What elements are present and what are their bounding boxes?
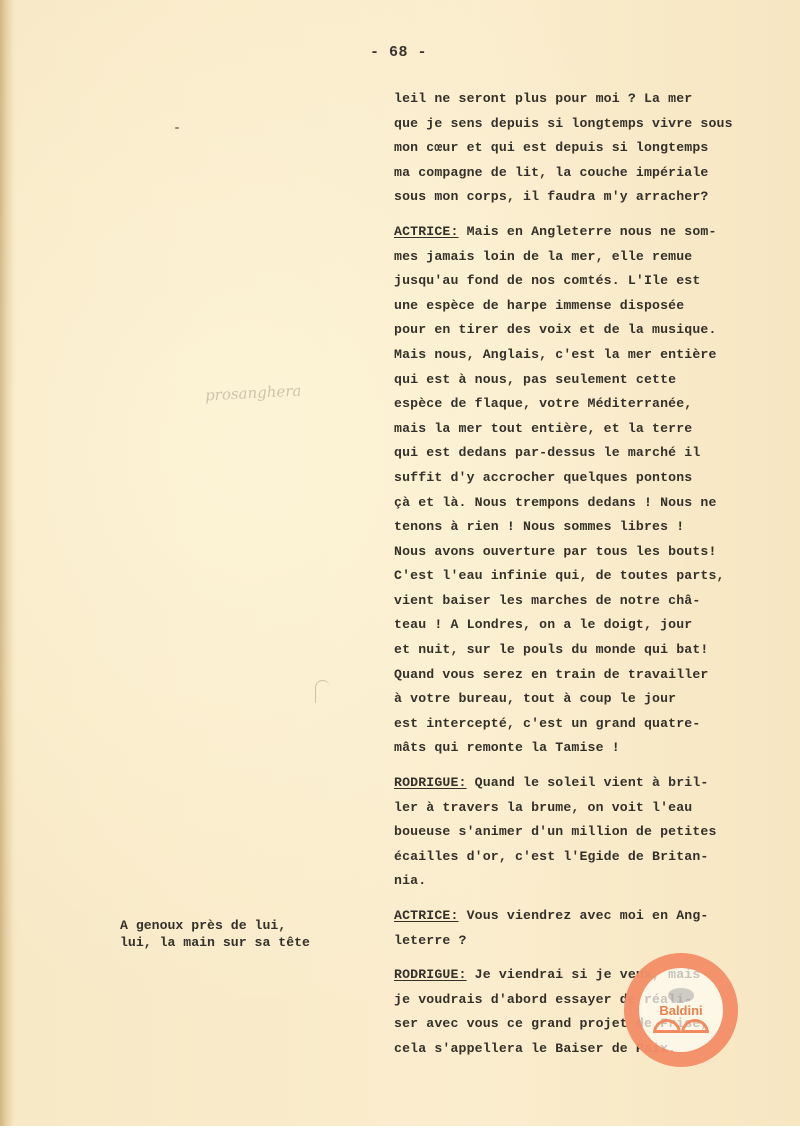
speaker-name: RODRIGUE:	[394, 967, 467, 982]
text-line: qui est à nous, pas seulement cette	[394, 368, 774, 393]
text-line: leterre ?	[394, 929, 774, 954]
text-line: Nous avons ouverture par tous les bouts!	[394, 540, 774, 565]
text-line: et nuit, sur le pouls du monde qui bat!	[394, 638, 774, 663]
line-text: Mais en Angleterre nous ne som-	[459, 224, 717, 239]
library-stamp: Baldini	[624, 953, 738, 1067]
line-text: Quand le soleil vient à bril-	[467, 775, 709, 790]
stage-direction: A genoux près de lui, lui, la main sur s…	[120, 917, 310, 951]
text-line: leil ne seront plus pour moi ? La mer	[394, 87, 774, 112]
text-line: ma compagne de lit, la couche impériale	[394, 161, 774, 186]
document-page: - 68 - prosanghera leil ne seront plus p…	[0, 0, 800, 1126]
speaker-name: RODRIGUE:	[394, 775, 467, 790]
text-line: mâts qui remonte la Tamise !	[394, 736, 774, 761]
text-line: Quand vous serez en train de travailler	[394, 663, 774, 688]
pencil-annotation: prosanghera	[205, 381, 302, 404]
stage-direction-line: A genoux près de lui,	[120, 917, 310, 934]
text-line: tenons à rien ! Nous sommes libres !	[394, 515, 774, 540]
text-line: suffit d'y accrocher quelques pontons	[394, 466, 774, 491]
stamp-text: Baldini	[659, 1004, 702, 1018]
bird-icon	[668, 988, 694, 1002]
line-text: Vous viendrez avec moi en Ang-	[459, 908, 709, 923]
text-line: çà et là. Nous trempons dedans ! Nous ne	[394, 491, 774, 516]
text-line: teau ! A Londres, on a le doigt, jour	[394, 613, 774, 638]
pencil-mark	[315, 680, 330, 703]
text-line: ACTRICE: Vous viendrez avec moi en Ang-	[394, 904, 774, 929]
ink-speck	[175, 127, 179, 129]
text-line: ler à travers la brume, on voit l'eau	[394, 796, 774, 821]
speaker-name: ACTRICE:	[394, 908, 459, 923]
text-line: C'est l'eau infinie qui, de toutes parts…	[394, 564, 774, 589]
text-line: jusqu'au fond de nos comtés. L'Ile est	[394, 269, 774, 294]
dialogue-column: leil ne seront plus pour moi ? La merque…	[394, 87, 774, 1072]
dialogue-paragraph: ACTRICE: Vous viendrez avec moi en Ang-l…	[394, 904, 774, 953]
text-line: qui est dedans par-dessus le marché il	[394, 441, 774, 466]
text-line: vient baiser les marches de notre châ-	[394, 589, 774, 614]
text-line: espèce de flaque, votre Méditerranée,	[394, 392, 774, 417]
text-line: est intercepté, c'est un grand quatre-	[394, 712, 774, 737]
text-line: à votre bureau, tout à coup le jour	[394, 687, 774, 712]
scan-bottom-edge	[0, 1126, 800, 1131]
dialogue-paragraph: ACTRICE: Mais en Angleterre nous ne som-…	[394, 220, 774, 761]
double-arch-logo-icon	[653, 1019, 709, 1033]
text-line: boueuse s'animer d'un million de petites	[394, 820, 774, 845]
speaker-name: ACTRICE:	[394, 224, 459, 239]
text-line: mes jamais loin de la mer, elle remue	[394, 245, 774, 270]
text-line: nia.	[394, 869, 774, 894]
text-line: mon cœur et qui est depuis si longtemps	[394, 136, 774, 161]
text-line: que je sens depuis si longtemps vivre so…	[394, 112, 774, 137]
stage-direction-line: lui, la main sur sa tête	[120, 934, 310, 951]
text-line: mais la mer tout entière, et la terre	[394, 417, 774, 442]
page-number: - 68 -	[370, 44, 427, 61]
text-line: une espèce de harpe immense disposée	[394, 294, 774, 319]
text-line: pour en tirer des voix et de la musique.	[394, 318, 774, 343]
text-line: écailles d'or, c'est l'Egide de Britan-	[394, 845, 774, 870]
dialogue-paragraph: RODRIGUE: Quand le soleil vient à bril-l…	[394, 771, 774, 894]
continuation-paragraph: leil ne seront plus pour moi ? La merque…	[394, 87, 774, 210]
text-line: Mais nous, Anglais, c'est la mer entière	[394, 343, 774, 368]
text-line: sous mon corps, il faudra m'y arracher?	[394, 185, 774, 210]
text-line: ACTRICE: Mais en Angleterre nous ne som-	[394, 220, 774, 245]
text-line: RODRIGUE: Quand le soleil vient à bril-	[394, 771, 774, 796]
